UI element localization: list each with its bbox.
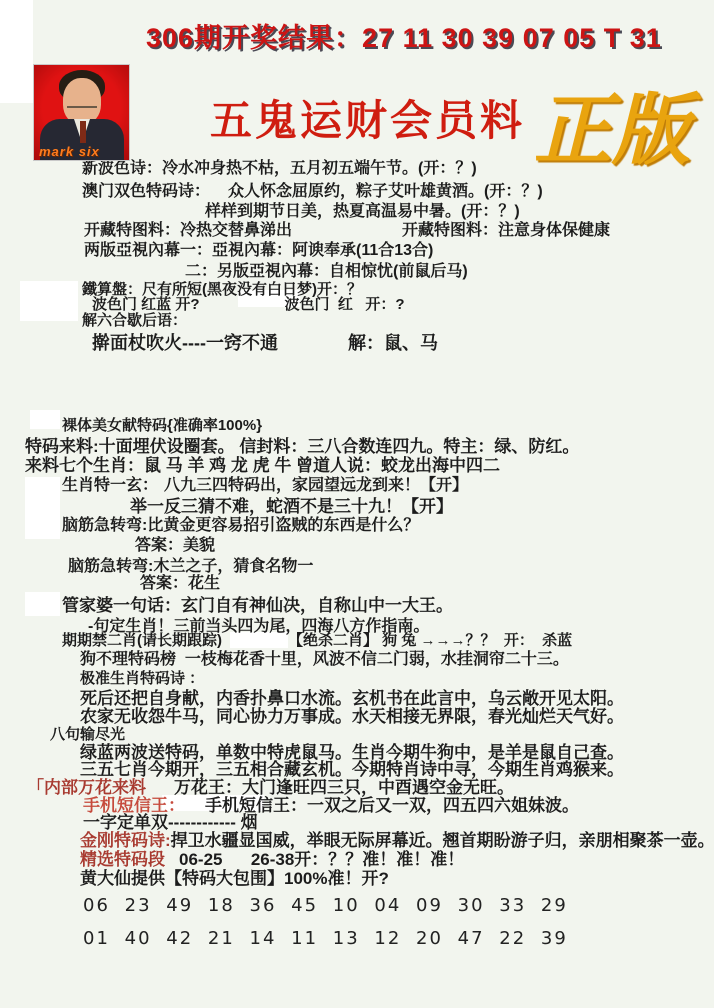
text-segment: 开藏特图料：注意身体保健康 bbox=[402, 222, 610, 240]
text-segment: 万花王：大门逢旺四三只，中酉遇空金无旺。 bbox=[174, 778, 514, 798]
text-segment: 【绝杀二肖】 狗 兔 →→→？？ 开： 杀蓝 bbox=[288, 632, 572, 649]
text-segment: 06 23 49 18 36 45 10 04 09 30 33 29 bbox=[83, 896, 568, 917]
text-segment: 生肖特一玄： bbox=[62, 477, 158, 495]
photo-caption: mark six bbox=[39, 144, 100, 159]
text-segment: 期期禁二肖(请长期跟踪) bbox=[62, 632, 222, 649]
text-segment: 极准生肖特码诗 ： bbox=[80, 670, 204, 687]
xiehouyu-riddle: 擀面杖吹火----一窍不通解：鼠、马 bbox=[92, 333, 438, 354]
red-label: 「内部万花来料 bbox=[27, 778, 146, 798]
text-segment: 狗不理特码榜 一枝梅花香十里，风波不信二门弱，水挂洞帘二十三。 bbox=[80, 651, 569, 669]
text-segment: 波色门 红 开：? bbox=[285, 296, 405, 313]
brain-teaser-2: 脑筋急转弯:木兰之子，猜食名物一 bbox=[68, 558, 313, 576]
text-segment: 新波色诗：冷水冲身热不枯，五月初五端午节。(开：？) bbox=[82, 160, 477, 178]
text-segment: 死后还把自身献，内香扑鼻口水流。玄机书在此言中，乌云敞开见太阳。 bbox=[80, 689, 624, 709]
internal-wanhua-line: 「内部万花来料万花王：大门逢旺四三只，中酉遇空金无旺。 bbox=[27, 778, 514, 798]
zodiac-poem-line-2: 农家无收怨牛马，同心协力万事成。水天相接无界限，春光灿烂天气好。 bbox=[80, 707, 624, 727]
text-segment: 答案：美貌 bbox=[135, 537, 215, 555]
red-label: 精选特码段 bbox=[80, 850, 165, 870]
text-segment: 众人怀念屈原约，粽子艾叶雄黄酒。(开：？) bbox=[228, 183, 543, 201]
brain-teaser-1-answer: 答案：美貌 bbox=[135, 537, 215, 555]
text-segment: 黄大仙提供【特码大包围】100%准！开? bbox=[80, 869, 389, 889]
text-segment: 脑筋急转弯:比黄金更容易招引盗贼的东西是什么？ bbox=[62, 517, 419, 535]
edition-stamp: 正版 bbox=[534, 92, 690, 170]
banned-two-zodiac-line: 期期禁二肖(请长期跟踪)【绝杀二肖】 狗 兔 →→→？？ 开： 杀蓝 bbox=[62, 632, 572, 649]
huangdaxian-line: 黄大仙提供【特码大包围】100%准！开? bbox=[80, 869, 389, 889]
number-row-2: 01 40 42 21 14 11 13 12 20 47 22 39 bbox=[83, 929, 568, 950]
text-segment: 农家无收怨牛马，同心协力万事成。水天相接无界限，春光灿烂天气好。 bbox=[80, 707, 624, 727]
text-segment: 擀面杖吹火----一窍不通 bbox=[92, 333, 278, 354]
text-segment: 两版亞視內幕一：亞視內幕：阿谀奉承(11合13合) bbox=[84, 242, 433, 260]
color-gate-line: 波色门 红蓝 开?波色门 红 开：? bbox=[92, 296, 405, 313]
zodiac-mystery-line-1: 生肖特一玄：八九三四特码出，家园望远龙到来！【开】 bbox=[62, 477, 468, 495]
text-segment: 来料七个生肖：鼠 马 羊 鸡 龙 虎 牛 曾道人说：蛟龙出海中四二 bbox=[25, 456, 500, 476]
text-segment: 八九三四特码出，家园望远龙到来！【开】 bbox=[164, 477, 468, 495]
text-segment: 裸体美女献特码{准确率100%} bbox=[62, 417, 262, 434]
macau-poem-line2: 样样到期节日美，热夏高温易中暑。(开：？) bbox=[205, 203, 520, 221]
special-segment-line: 精选特码段06-25 26-38开：？？准！准！准！ bbox=[80, 850, 464, 870]
text-segment: 手机短信王：一双之后又一双，四五四六姐妹波。 bbox=[205, 796, 579, 816]
text-segment: 捍卫水疆显国威，举眼无际屏幕近。翘首期盼游子归，亲朋相聚茶一壶。 bbox=[171, 831, 714, 851]
text-segment: 解：鼠、马 bbox=[348, 333, 438, 354]
seven-zodiac-line: 来料七个生肖：鼠 马 羊 鸡 龙 虎 牛 曾道人说：蛟龙出海中四二 bbox=[25, 456, 500, 476]
yashi-insider-line-1: 两版亞視內幕一：亞視內幕：阿谀奉承(11合13合) bbox=[84, 242, 433, 260]
text-segment: 开藏特图料：冷热交替鼻涕出 bbox=[84, 222, 292, 240]
lottery-tip-sheet: 306期开奖结果：27 11 30 39 07 05 T 31 mark six… bbox=[0, 0, 714, 1008]
text-segment: 三五七肖今期开，三五相合藏玄机。今期特肖诗中寻，今期生肖鸡猴来。 bbox=[80, 760, 624, 780]
text-segment: 样样到期节日美，热夏高温易中暑。(开：？) bbox=[205, 203, 520, 221]
kinggang-poem-line: 金刚特码诗:捍卫水疆显国威，举眼无际屏幕近。翘首期盼游子归，亲朋相聚茶一壶。 bbox=[80, 831, 714, 851]
brain-teaser-2-answer: 答案：花生 bbox=[140, 575, 220, 593]
goubuli-board-line: 狗不理特码榜 一枝梅花香十里，风波不信二门弱，水挂洞帘二十三。 bbox=[80, 651, 569, 669]
text-segment: 脑筋急转弯:木兰之子，猜食名物一 bbox=[68, 558, 313, 576]
text-segment: 特码来料:十面埋伏设圈套。 信封料：三八合数连四九。特主：绿、防红。 bbox=[25, 437, 579, 457]
text-segment: 管家婆一句话：玄门自有神仙决，自称山中一大王。 bbox=[62, 596, 453, 616]
macau-double-color-poem: 澳门双色特码诗：众人怀念屈原约，粽子艾叶雄黄酒。(开：？) bbox=[82, 183, 543, 201]
zodiac-mystery-line-2: 举一反三猜不难，蛇酒不是三十九！【开】 bbox=[130, 497, 453, 517]
special-source-line: 特码来料:十面埋伏设圈套。 信封料：三八合数连四九。特主：绿、防红。 bbox=[25, 437, 579, 457]
zodiac-poem-line-1: 死后还把自身献，内香扑鼻口水流。玄机书在此言中，乌云敞开见太阳。 bbox=[80, 689, 624, 709]
text-segment: 八句输尽光 bbox=[50, 726, 125, 743]
brain-teaser-1: 脑筋急转弯:比黄金更容易招引盗贼的东西是什么？ bbox=[62, 517, 419, 535]
xiehouyu-header: 解六合歇后语： bbox=[82, 312, 187, 329]
naked-beauty-line: 裸体美女献特码{准确率100%} bbox=[62, 417, 262, 434]
text-segment: 澳门双色特码诗： bbox=[82, 183, 210, 201]
text-segment: 06-25 26-38开：？？准！准！准！ bbox=[179, 850, 464, 870]
page-title: 五鬼运财会员料 bbox=[210, 88, 525, 148]
text-segment: 二：另版亞視內幕：自相惊忧(前鼠后马) bbox=[185, 263, 468, 281]
text-segment: 解六合歇后语： bbox=[82, 312, 187, 329]
single-double-line: 一字定单双------------ 烟 bbox=[83, 813, 258, 833]
zodiac-poem-header: 极准生肖特码诗 ： bbox=[80, 670, 204, 687]
housekeeper-line: 管家婆一句话：玄门自有神仙决，自称山中一大王。 bbox=[62, 596, 453, 616]
tipster-photo: mark six bbox=[33, 64, 130, 161]
text-segment: 举一反三猜不难，蛇酒不是三十九！【开】 bbox=[130, 497, 453, 517]
new-wave-color-poem: 新波色诗：冷水冲身热不枯，五月初五端午节。(开：？) bbox=[82, 160, 477, 178]
photo-tie bbox=[80, 121, 86, 143]
text-segment: 波色门 红蓝 开? bbox=[92, 296, 200, 313]
yashi-insider-line-2: 二：另版亞視內幕：自相惊忧(前鼠后马) bbox=[185, 263, 468, 281]
text-segment: 答案：花生 bbox=[140, 575, 220, 593]
hidden-map-line: 开藏特图料：冷热交替鼻涕出开藏特图料：注意身体保健康 bbox=[84, 222, 610, 240]
eight-line-header: 八句输尽光 bbox=[50, 726, 125, 743]
red-label: 金刚特码诗: bbox=[80, 831, 171, 851]
shujinguang-line-2: 三五七肖今期开，三五相合藏玄机。今期特肖诗中寻，今期生肖鸡猴来。 bbox=[80, 760, 624, 780]
text-segment: 01 40 42 21 14 11 13 12 20 47 22 39 bbox=[83, 929, 568, 950]
glasses-icon bbox=[67, 97, 97, 108]
draw-result-header: 306期开奖结果：27 11 30 39 07 05 T 31 bbox=[146, 16, 662, 55]
text-segment: 一字定单双------------ 烟 bbox=[83, 813, 258, 833]
number-row-1: 06 23 49 18 36 45 10 04 09 30 33 29 bbox=[83, 896, 568, 917]
